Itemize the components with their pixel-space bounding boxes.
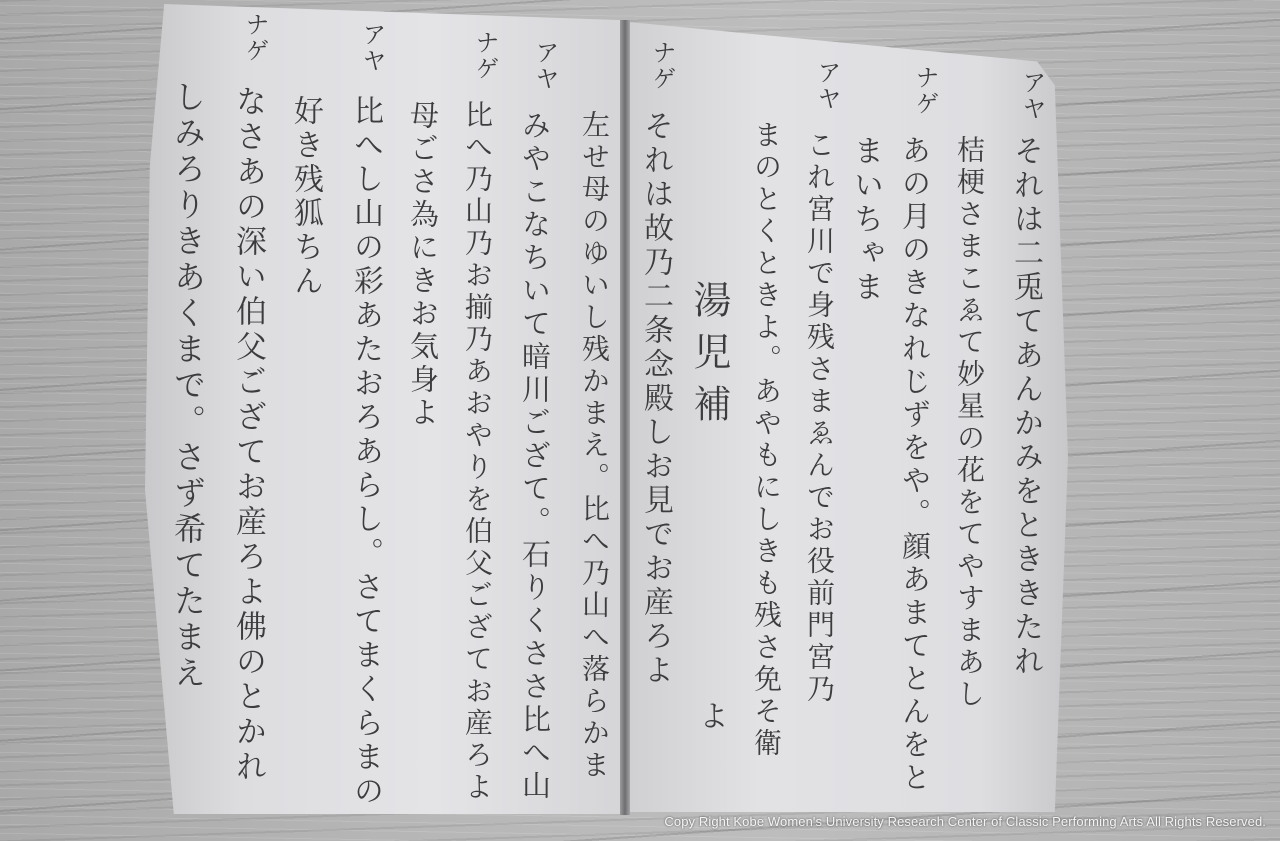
copyright-watermark: Copy Right Kobe Women's University Resea… (664, 814, 1266, 829)
text-column: 母ごさ為にきお気身よ (408, 100, 437, 430)
text-column: 好き残狐ちん (290, 95, 320, 299)
speaker-label: ナゲ (468, 30, 503, 82)
speaker-label: ナゲ (238, 12, 273, 64)
text-column: 左せ母のゆいし残かまえ。比へ乃山へ落らかま (580, 110, 608, 782)
speaker-label: アヤ (1015, 70, 1050, 122)
open-manuscript: アヤ それは二兎てあんかみをとききたれ 桔梗さまこゑて妙星の花をてやすまあし ナ… (0, 0, 1280, 841)
text-column: これ宮川で身残さまゑんでお役前門宮乃 (805, 130, 833, 706)
text-column: 比へし山の彩あたおろあらし。さてまくらまの (350, 95, 380, 809)
speaker-label: アヤ (355, 22, 390, 74)
text-column: まのとくときよ。あやもにしきも残さ免そ衛 (752, 120, 780, 760)
speaker-label: ナゲ (908, 65, 943, 117)
text-column: 桔梗さまこゑて妙星の花をてやすまあし (955, 135, 983, 711)
text-column: なさあの深い伯父ござてお産ろよ佛のとかれ (232, 85, 263, 785)
text-column: しみろりきあくまで。さず希てたまえ (172, 80, 204, 692)
speaker-label: アヤ (810, 60, 845, 112)
speaker-label: アヤ (528, 40, 563, 92)
speaker-label: ナゲ (645, 40, 680, 92)
text-column: みやこなちいて暗川ござて。石りくささ比へ山 (520, 110, 549, 803)
text-column: それは故乃二条念殿しお見でお産ろよ (640, 110, 670, 688)
left-page (145, 4, 625, 814)
text-column: よ (695, 700, 725, 734)
text-column: あの月のきなれじずをや。顔あまてとんをと (900, 135, 929, 795)
text-column: まいちゃま (850, 135, 880, 305)
section-title: 湯児補 (690, 280, 728, 436)
book-gutter (620, 20, 630, 815)
text-column: それは二兎てあんかみをとききたれ (1010, 135, 1040, 679)
text-column: 比へ乃山乃お揃乃あおやりを伯父ござてお産ろよ (463, 100, 491, 804)
